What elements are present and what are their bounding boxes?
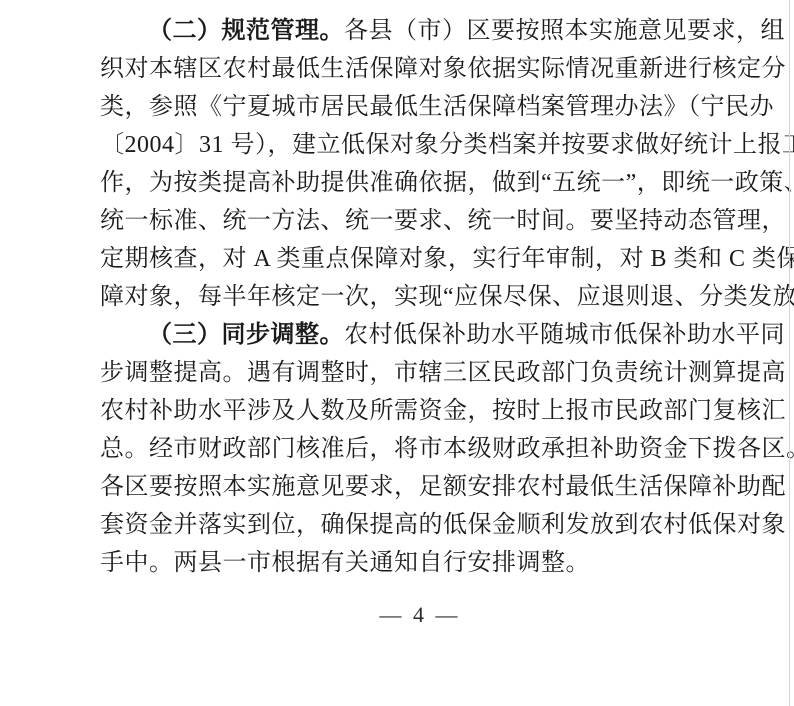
document-line: 总。经市财政部门核准后，将市本级财政承担补助资金下拨各区。 <box>100 430 740 468</box>
line-text: 作，为按类提高补助提供准确依据，做到“五统一”，即统一政策、 <box>100 170 794 196</box>
paragraph-heading: （二）规范管理。 <box>148 18 344 44</box>
document-line: 农村补助水平涉及人数及所需资金，按时上报市民政部门复核汇 <box>100 392 740 430</box>
line-text: 统一标准、统一方法、统一要求、统一时间。要坚持动态管理， <box>100 208 786 234</box>
line-text: 定期核查，对 A 类重点保障对象，实行年审制，对 B 类和 C 类保 <box>100 246 794 272</box>
document-line: （三）同步调整。农村低保补助水平随城市低保补助水平同 <box>100 316 740 354</box>
line-text: 各区要按照本实施意见要求，足额安排农村最低生活保障补助配 <box>100 474 786 500</box>
line-text: 步调整提高。遇有调整时，市辖三区民政部门负责统计测算提高 <box>100 360 786 386</box>
line-text: 织对本辖区农村最低生活保障对象依据实际情况重新进行核定分 <box>100 56 786 82</box>
line-text: 〔2004〕31 号），建立低保对象分类档案并按要求做好统计上报工 <box>100 132 794 158</box>
document-line: 作，为按类提高补助提供准确依据，做到“五统一”，即统一政策、 <box>100 164 740 202</box>
document-text-block: （二）规范管理。各县（市）区要按照本实施意见要求，组 织对本辖区农村最低生活保障… <box>100 12 740 582</box>
document-line: 步调整提高。遇有调整时，市辖三区民政部门负责统计测算提高 <box>100 354 740 392</box>
line-text: 各县（市）区要按照本实施意见要求，组 <box>344 18 785 44</box>
line-text: 总。经市财政部门核准后，将市本级财政承担补助资金下拨各区。 <box>100 436 794 462</box>
document-line: 〔2004〕31 号），建立低保对象分类档案并按要求做好统计上报工 <box>100 126 740 164</box>
line-text: 手中。两县一市根据有关通知自行安排调整。 <box>100 550 590 576</box>
document-line: 统一标准、统一方法、统一要求、统一时间。要坚持动态管理， <box>100 202 740 240</box>
paragraph-heading: （三）同步调整。 <box>148 322 344 348</box>
line-text: 类，参照《宁夏城市居民最低生活保障档案管理办法》（宁民办 <box>100 94 774 120</box>
document-line: 各区要按照本实施意见要求，足额安排农村最低生活保障补助配 <box>100 468 740 506</box>
line-text: 农村补助水平涉及人数及所需资金，按时上报市民政部门复核汇 <box>100 398 786 424</box>
document-line: 织对本辖区农村最低生活保障对象依据实际情况重新进行核定分 <box>100 50 740 88</box>
document-line: 套资金并落实到位，确保提高的低保金顺利发放到农村低保对象 <box>100 506 740 544</box>
paragraph-standardized-management: （二）规范管理。各县（市）区要按照本实施意见要求，组 织对本辖区农村最低生活保障… <box>100 12 740 316</box>
line-text: 障对象，每半年核定一次，实现“应保尽保、应退则退、分类发放”。 <box>100 284 794 310</box>
scan-edge-line <box>789 0 790 706</box>
paragraph-synchronized-adjustment: （三）同步调整。农村低保补助水平随城市低保补助水平同 步调整提高。遇有调整时，市… <box>100 316 740 582</box>
document-page: （二）规范管理。各县（市）区要按照本实施意见要求，组 织对本辖区农村最低生活保障… <box>0 0 794 706</box>
document-line: 手中。两县一市根据有关通知自行安排调整。 <box>100 544 740 582</box>
document-line: 定期核查，对 A 类重点保障对象，实行年审制，对 B 类和 C 类保 <box>100 240 740 278</box>
document-line: 类，参照《宁夏城市居民最低生活保障档案管理办法》（宁民办 <box>100 88 740 126</box>
page-number: — 4 — <box>100 600 740 630</box>
line-text: 农村低保补助水平随城市低保补助水平同 <box>344 322 785 348</box>
document-line: 障对象，每半年核定一次，实现“应保尽保、应退则退、分类发放”。 <box>100 278 740 316</box>
document-line: （二）规范管理。各县（市）区要按照本实施意见要求，组 <box>100 12 740 50</box>
line-text: 套资金并落实到位，确保提高的低保金顺利发放到农村低保对象 <box>100 512 786 538</box>
